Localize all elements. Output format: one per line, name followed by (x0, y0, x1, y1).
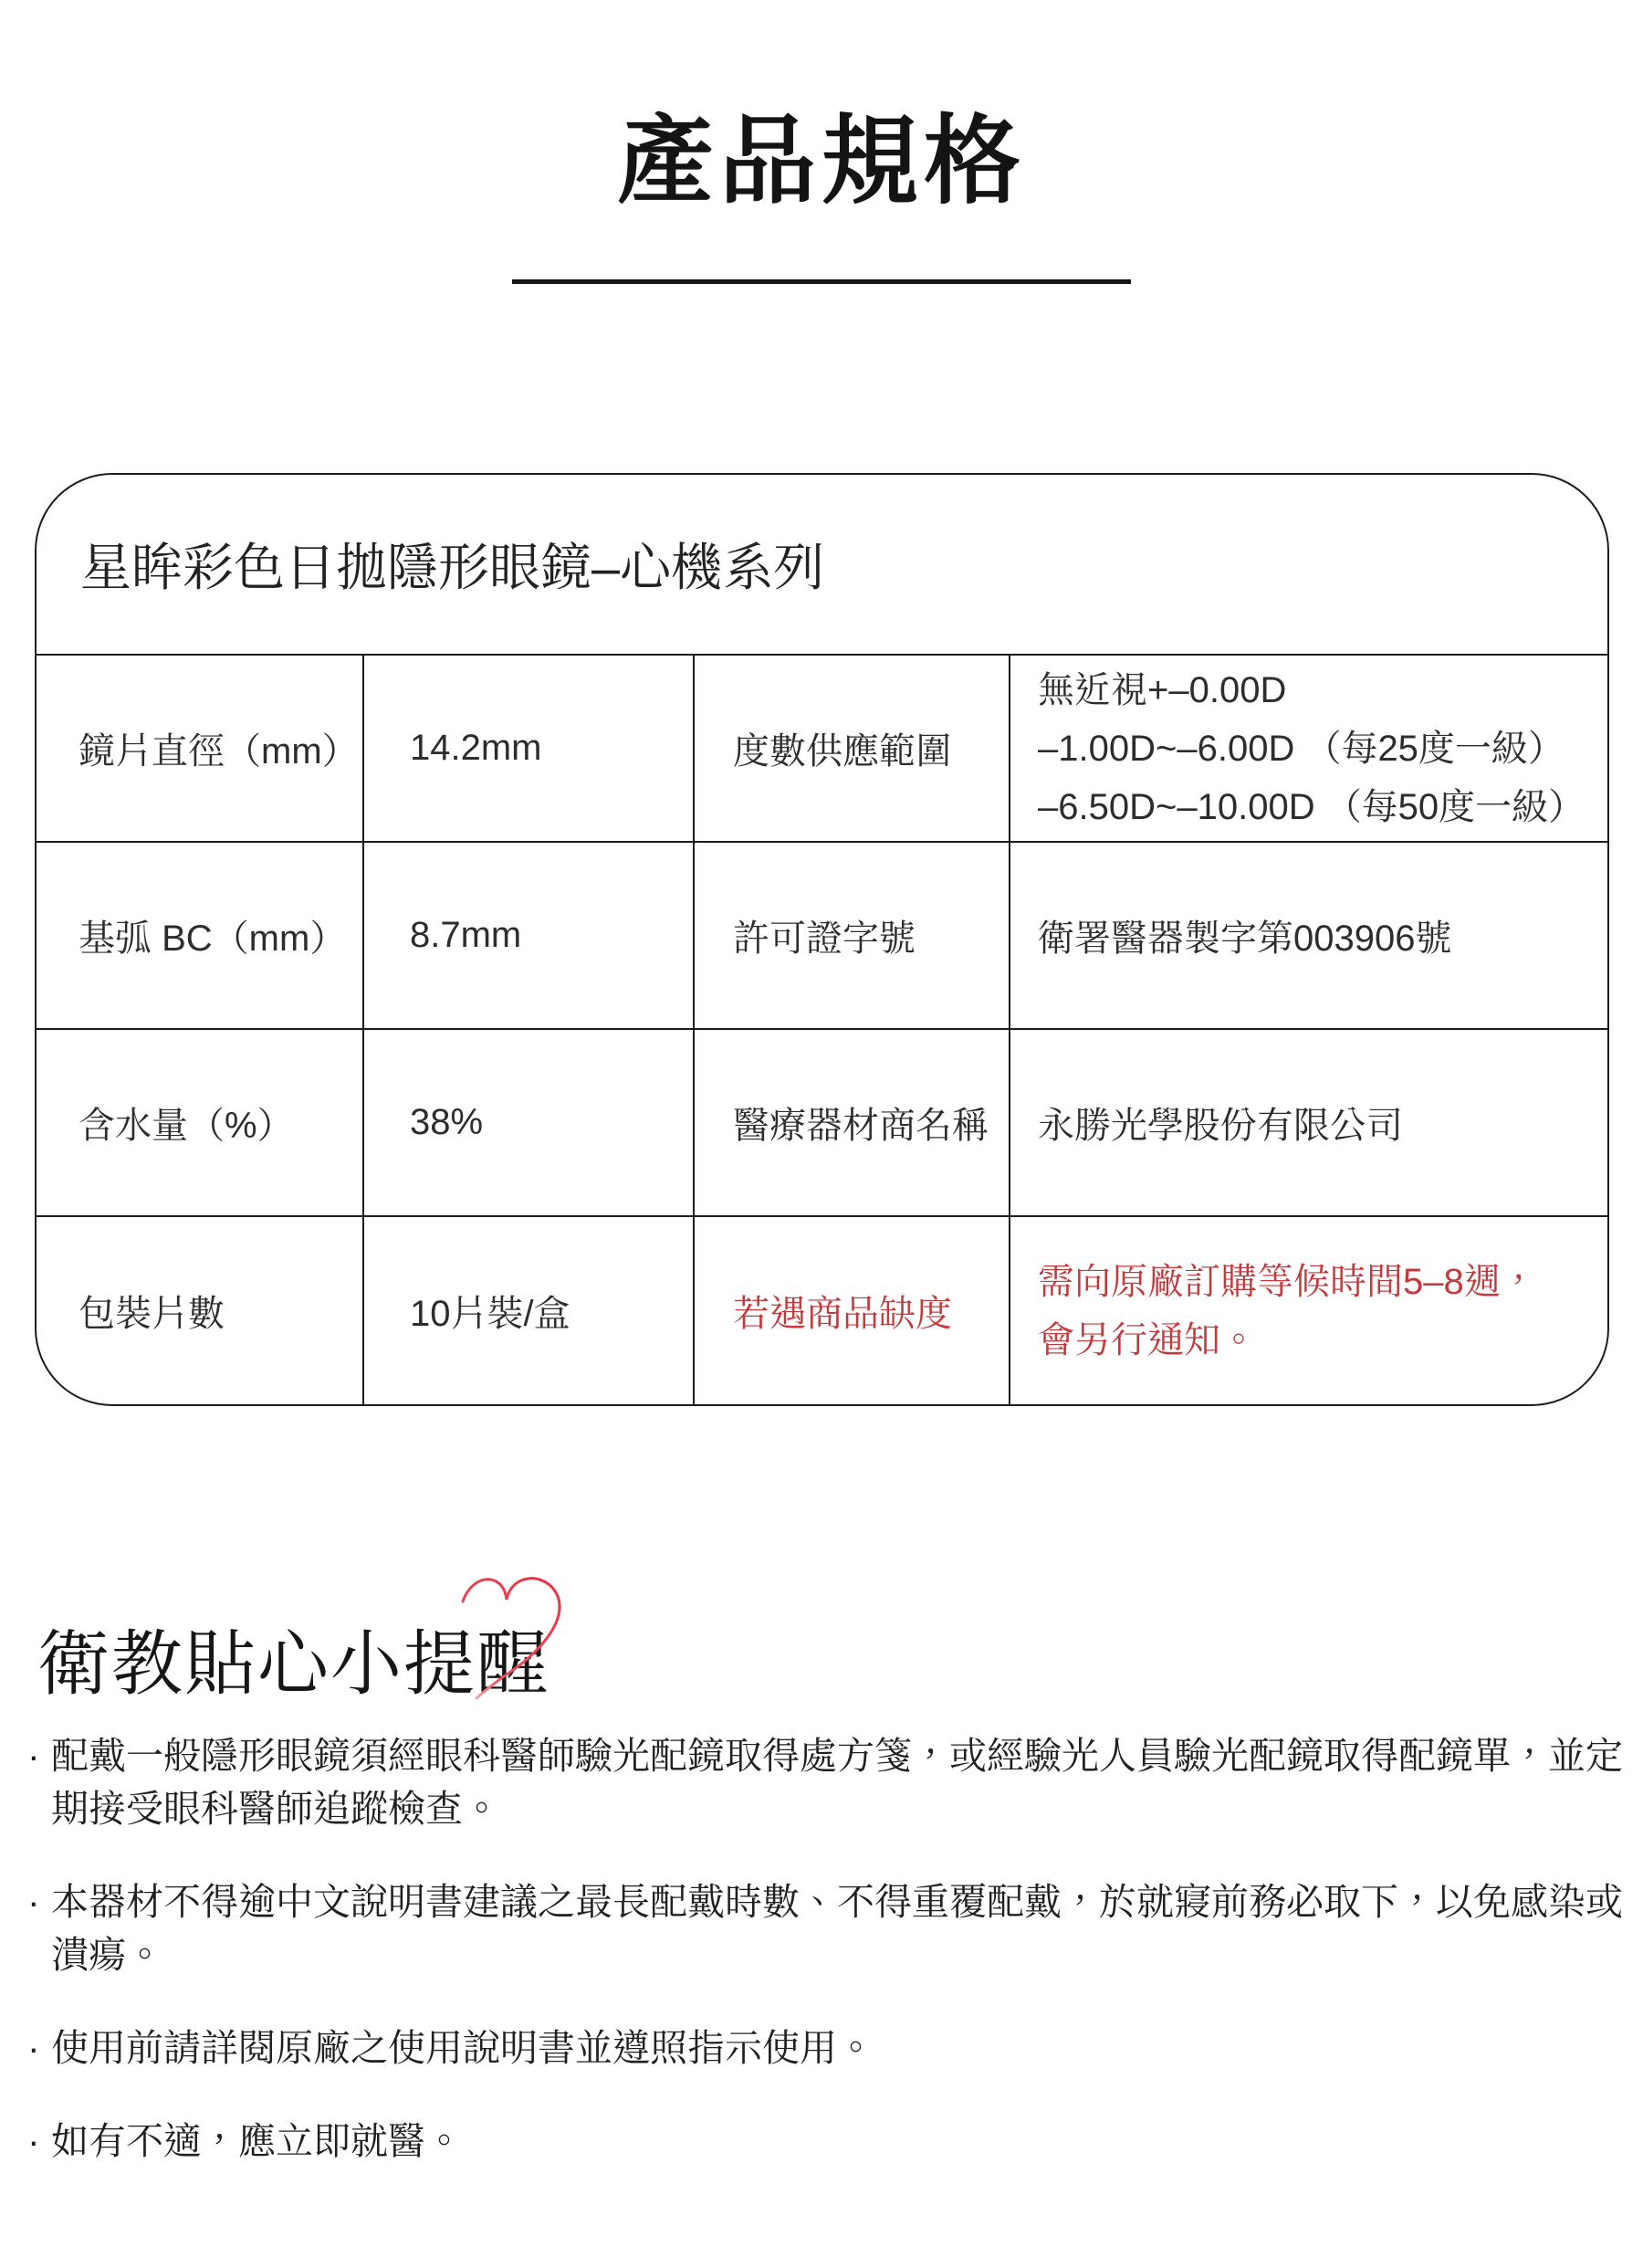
spec-table-title: 星眸彩色日拋隱形眼鏡–心機系列 (37, 475, 1607, 656)
table-row-water-content: 含水量（%） 38% 醫療器材商名稱 永勝光學股份有限公司 (37, 1030, 1607, 1217)
heart-icon (438, 1565, 577, 1702)
table-row-base-curve: 基弧 BC（mm） 8.7mm 許可證字號 衛署醫器製字第003906號 (37, 843, 1607, 1030)
bullet-line: 潰瘍。 (51, 1928, 1623, 1981)
label-out-of-stock: 若遇商品缺度 (695, 1217, 1010, 1404)
value-power-range: 無近視+–0.00D –1.00D~–6.00D （每25度一級） –6.50D… (1010, 656, 1607, 841)
value-vendor-name: 永勝光學股份有限公司 (1010, 1030, 1607, 1215)
value-pack-count: 10片裝/盒 (364, 1217, 695, 1404)
value-out-of-stock-note: 需向原廠訂購等候時間5–8週， 會另行通知。 (1010, 1217, 1607, 1404)
bullet-line: 本器材不得逾中文說明書建議之最長配戴時數、不得重覆配戴，於就寢前務必取下，以免感… (51, 1875, 1623, 1928)
reminder-bullets: · 配戴一般隱形眼鏡須經眼科醫師驗光配鏡取得處方箋，或經驗光人員驗光配鏡取得配鏡… (27, 1729, 1623, 2208)
bullet-see-doctor: · 如有不適，應立即就醫。 (27, 2115, 1623, 2168)
table-row-pack-count: 包裝片數 10片裝/盒 若遇商品缺度 需向原廠訂購等候時間5–8週， 會另行通知… (37, 1217, 1607, 1404)
value-base-curve: 8.7mm (364, 843, 695, 1028)
bullet-line: 如有不適，應立即就醫。 (51, 2115, 463, 2168)
value-water-content: 38% (364, 1030, 695, 1215)
label-water-content: 含水量（%） (37, 1030, 364, 1215)
bullet-dot: · (27, 2115, 51, 2168)
page-title: 產品規格 (0, 84, 1643, 223)
bullet-text: 使用前請詳閱原廠之使用說明書並遵照指示使用。 (51, 2021, 874, 2074)
bullet-prescription: · 配戴一般隱形眼鏡須經眼科醫師驗光配鏡取得處方箋，或經驗光人員驗光配鏡取得配鏡… (27, 1729, 1623, 1835)
bullet-read-manual: · 使用前請詳閱原廠之使用說明書並遵照指示使用。 (27, 2021, 1623, 2074)
power-range-line: –1.00D~–6.00D （每25度一級） (1038, 719, 1565, 778)
bullet-line: 配戴一般隱形眼鏡須經眼科醫師驗光配鏡取得處方箋，或經驗光人員驗光配鏡取得配鏡單，… (51, 1729, 1623, 1782)
table-row-diameter: 鏡片直徑（mm） 14.2mm 度數供應範圍 無近視+–0.00D –1.00D… (37, 656, 1607, 843)
value-lens-diameter: 14.2mm (364, 656, 695, 841)
bullet-line: 使用前請詳閱原廠之使用說明書並遵照指示使用。 (51, 2021, 874, 2074)
label-lens-diameter: 鏡片直徑（mm） (37, 656, 364, 841)
out-of-stock-note-line: 會另行通知。 (1038, 1311, 1257, 1370)
label-base-curve: 基弧 BC（mm） (37, 843, 364, 1028)
product-spec-page: { "page": { "title": "產品規格" }, "table": … (0, 0, 1643, 2268)
title-underline (512, 279, 1131, 284)
bullet-dot: · (27, 2021, 51, 2074)
bullet-text: 本器材不得逾中文說明書建議之最長配戴時數、不得重覆配戴，於就寢前務必取下，以免感… (51, 1875, 1623, 1981)
spec-table: 星眸彩色日拋隱形眼鏡–心機系列 鏡片直徑（mm） 14.2mm 度數供應範圍 無… (35, 473, 1609, 1406)
label-license-number: 許可證字號 (695, 843, 1010, 1028)
bullet-text: 配戴一般隱形眼鏡須經眼科醫師驗光配鏡取得處方箋，或經驗光人員驗光配鏡取得配鏡單，… (51, 1729, 1623, 1835)
bullet-text: 如有不適，應立即就醫。 (51, 2115, 463, 2168)
bullet-dot: · (27, 1729, 51, 1835)
label-vendor-name: 醫療器材商名稱 (695, 1030, 1010, 1215)
bullet-wearing-time: · 本器材不得逾中文說明書建議之最長配戴時數、不得重覆配戴，於就寢前務必取下，以… (27, 1875, 1623, 1981)
value-license-number: 衛署醫器製字第003906號 (1010, 843, 1607, 1028)
label-pack-count: 包裝片數 (37, 1217, 364, 1404)
bullet-dot: · (27, 1875, 51, 1981)
label-power-range: 度數供應範圍 (695, 656, 1010, 841)
bullet-line: 期接受眼科醫師追蹤檢查。 (51, 1782, 1623, 1835)
power-range-line: –6.50D~–10.00D （每50度一級） (1038, 778, 1585, 836)
out-of-stock-note-line: 需向原廠訂購等候時間5–8週， (1038, 1253, 1537, 1311)
power-range-line: 無近視+–0.00D (1038, 661, 1286, 719)
